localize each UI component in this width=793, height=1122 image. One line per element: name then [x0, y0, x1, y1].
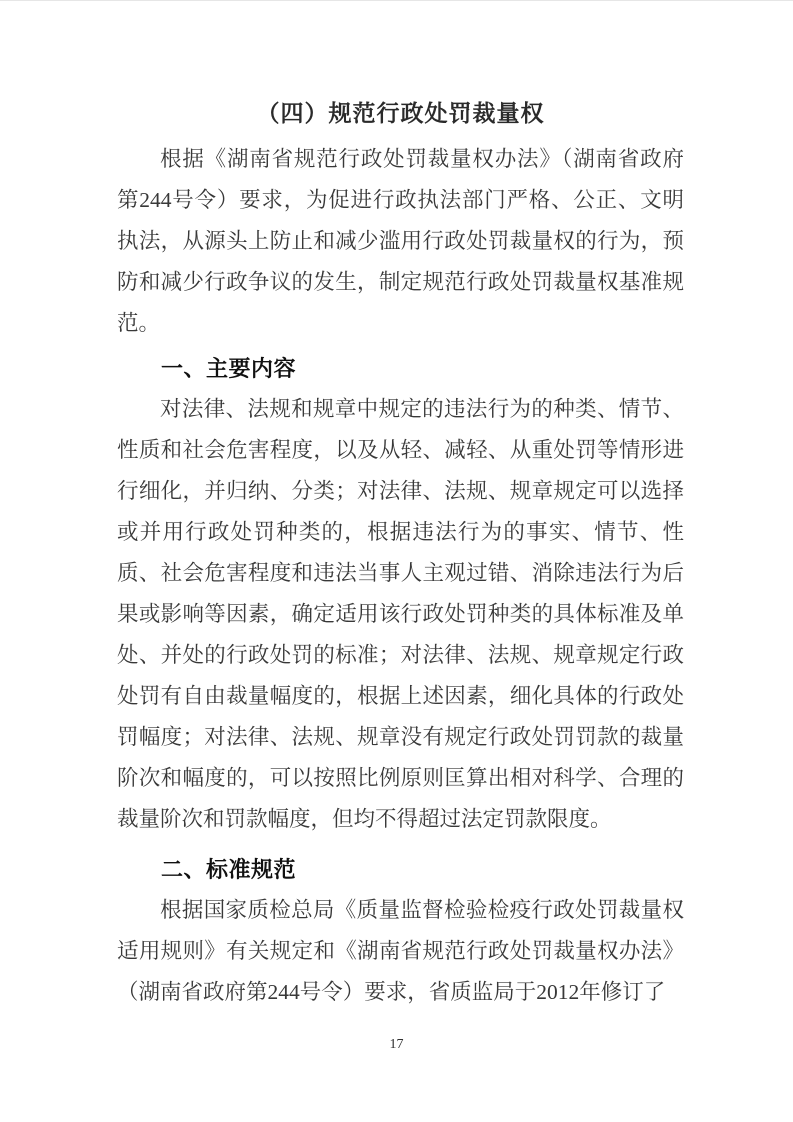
section-body-standards: 根据国家质检总局《质量监督检验检疫行政处罚裁量权适用规则》有关规定和《湖南省规范…: [117, 890, 684, 1013]
section-heading-main-content: 一、主要内容: [117, 348, 684, 389]
section-body-main-content: 对法律、法规和规章中规定的违法行为的种类、情节、性质和社会危害程度，以及从轻、减…: [117, 389, 684, 840]
document-page: （四）规范行政处罚裁量权 根据《湖南省规范行政处罚裁量权办法》（湖南省政府第24…: [0, 0, 793, 1122]
intro-paragraph: 根据《湖南省规范行政处罚裁量权办法》（湖南省政府第244号令）要求，为促进行政执…: [117, 139, 684, 344]
page-number: 17: [0, 1037, 793, 1053]
document-title: （四）规范行政处罚裁量权: [117, 93, 684, 134]
document-content: （四）规范行政处罚裁量权 根据《湖南省规范行政处罚裁量权办法》（湖南省政府第24…: [0, 1, 684, 1013]
section-heading-standards: 二、标准规范: [117, 849, 684, 890]
